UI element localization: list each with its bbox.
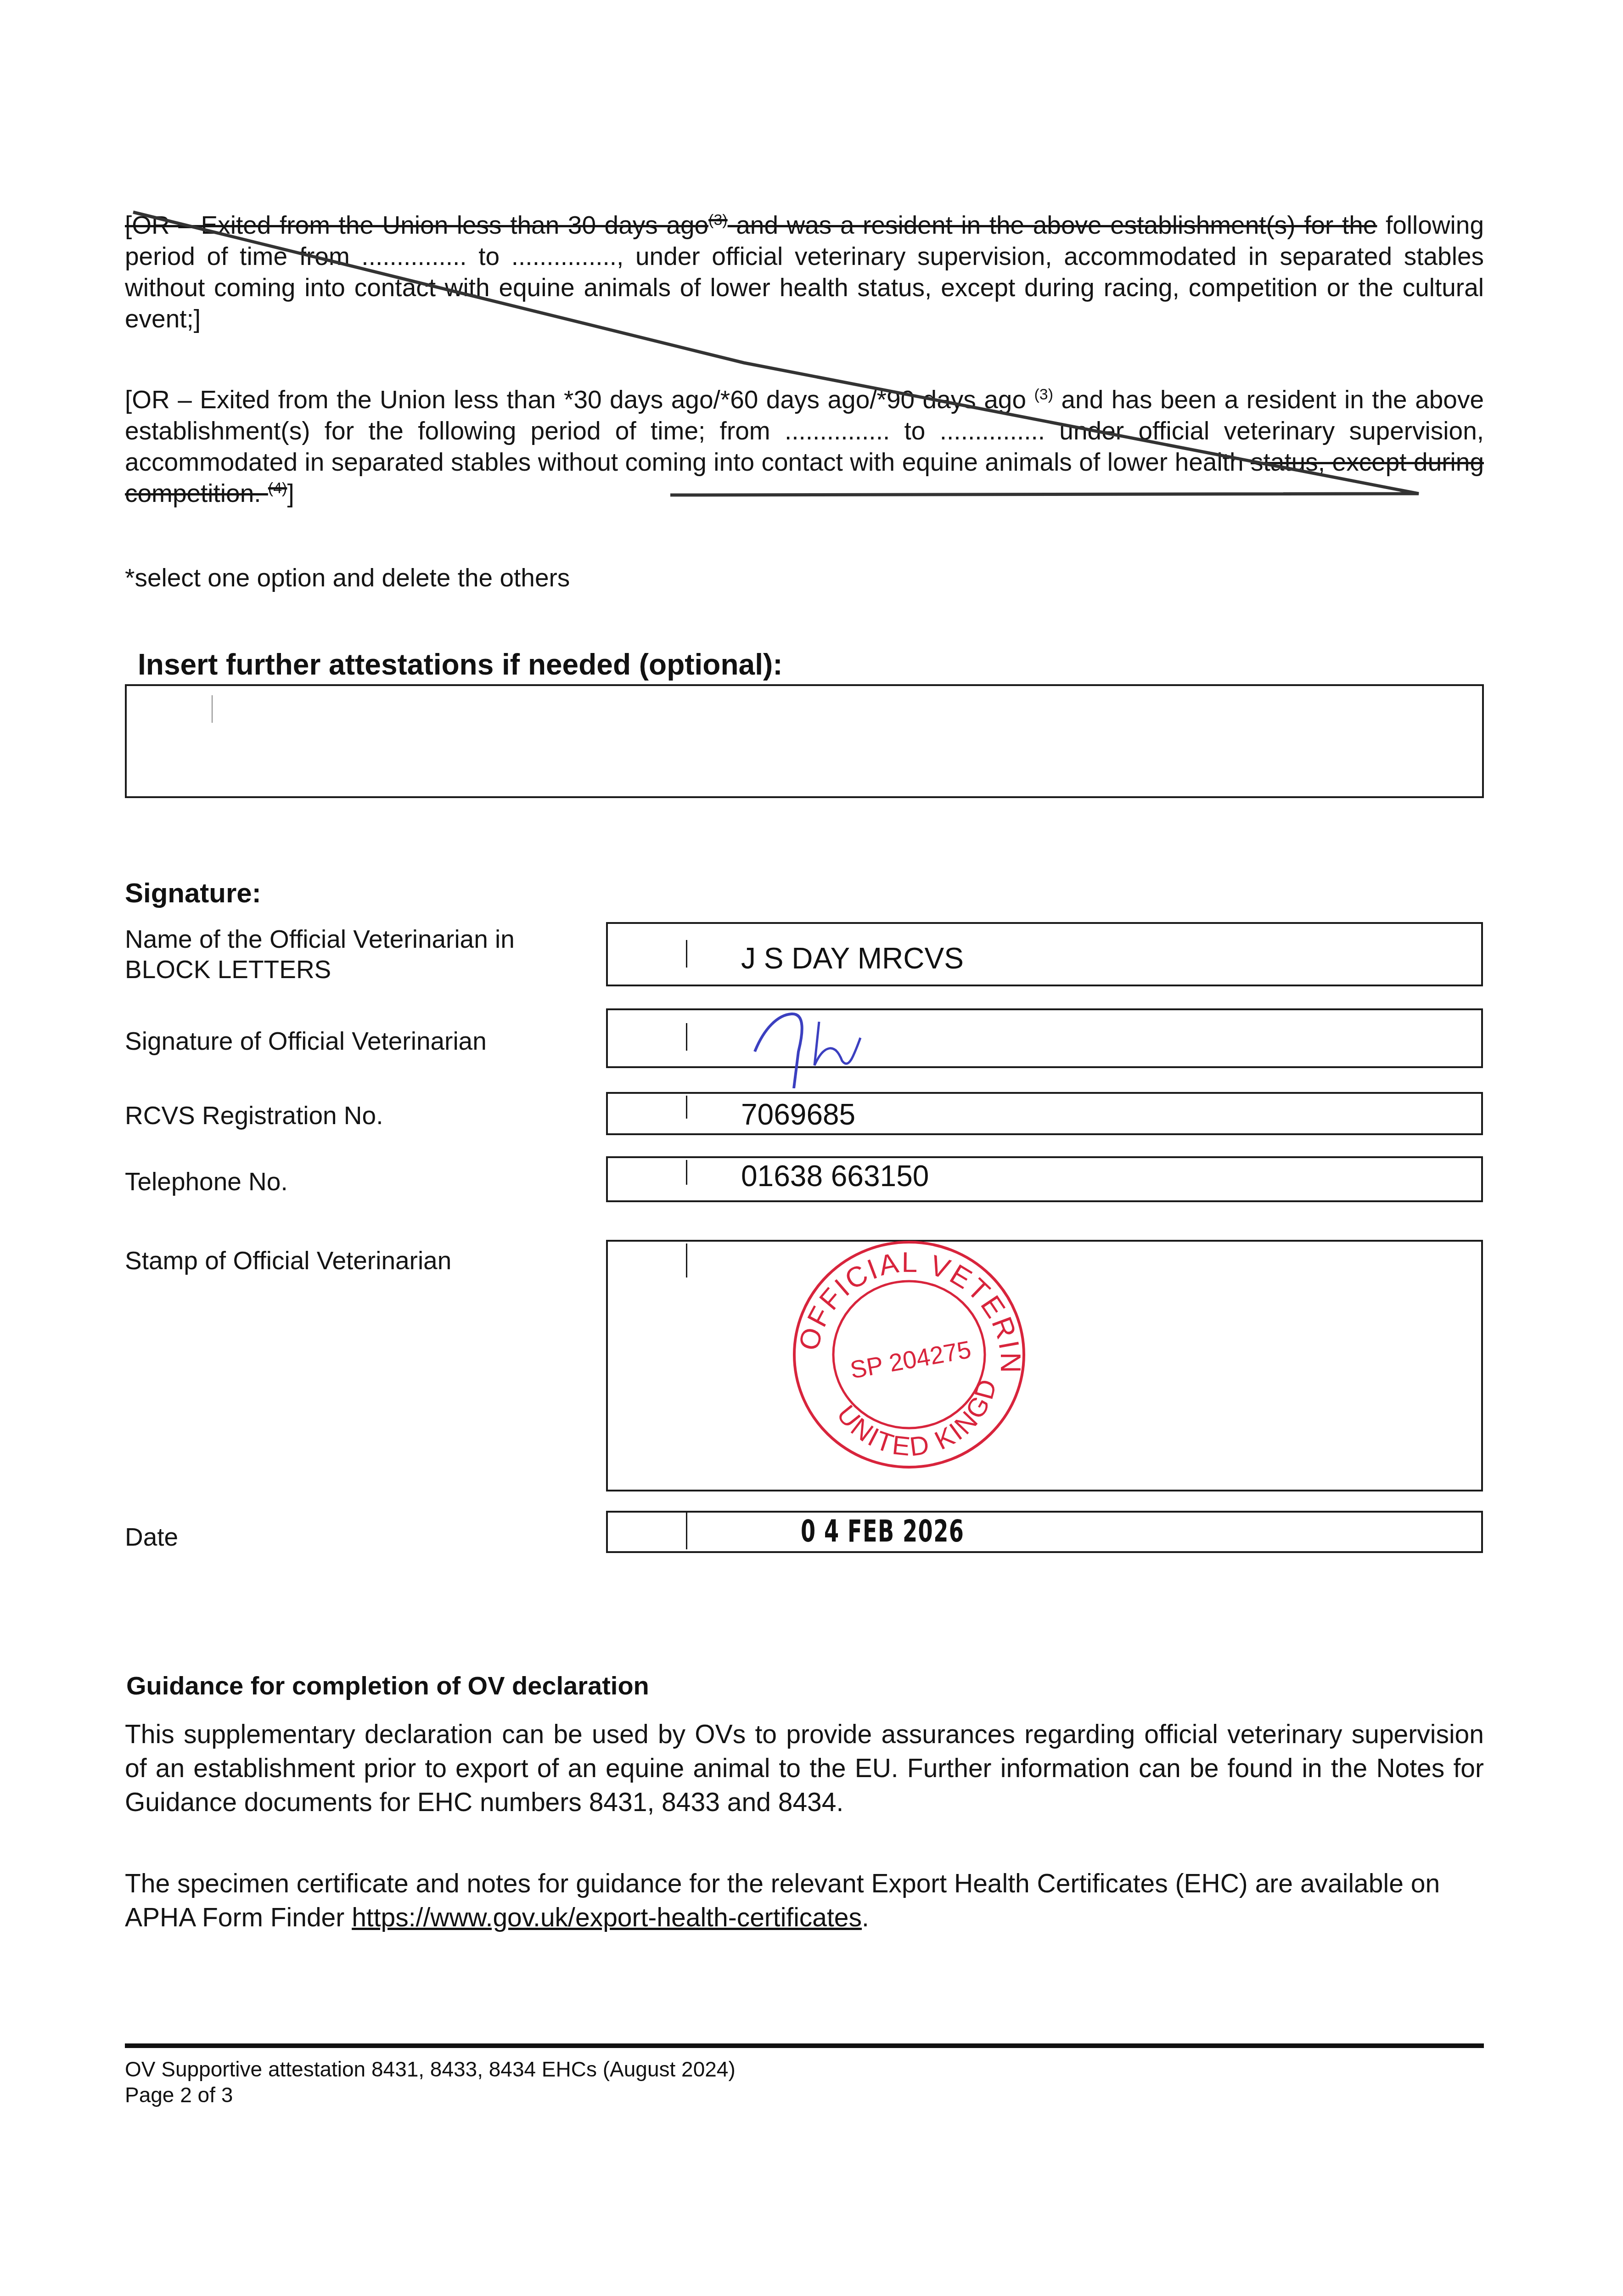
official-veterinarian-stamp-icon: OFFICIAL VETERINARIAN UNITED KINGDOM SP …	[781, 1231, 1038, 1474]
deletion-strike-lines	[0, 0, 1623, 514]
footer-divider	[125, 2043, 1484, 2048]
field-tick	[686, 940, 687, 968]
field-tick	[686, 1513, 687, 1549]
ov-name-label: Name of the Official Veterinarian in BLO…	[125, 924, 556, 985]
stamp-center-text: SP 204275	[848, 1336, 973, 1384]
footer-page-number: Page 2 of 3	[125, 2082, 233, 2108]
select-option-note: *select one option and delete the others	[125, 563, 570, 593]
guidance-paragraph-2: The specimen certificate and notes for g…	[125, 1867, 1484, 1935]
telephone-label: Telephone No.	[125, 1166, 288, 1197]
guidance-para2-suffix: .	[862, 1903, 869, 1932]
further-attestations-heading: Insert further attestations if needed (o…	[138, 647, 783, 681]
field-tick	[686, 1096, 687, 1119]
handwritten-signature-icon	[746, 996, 883, 1088]
date-label: Date	[125, 1522, 178, 1552]
ov-signature-field[interactable]	[606, 1008, 1483, 1068]
further-attestations-input[interactable]	[125, 684, 1484, 798]
stamp-field[interactable]	[606, 1240, 1483, 1491]
rcvs-label: RCVS Registration No.	[125, 1100, 383, 1131]
guidance-heading: Guidance for completion of OV declaratio…	[126, 1671, 649, 1700]
guidance-paragraph-1: This supplementary declaration can be us…	[125, 1717, 1484, 1819]
signature-heading: Signature:	[125, 877, 261, 909]
ov-signature-label: Signature of Official Veterinarian	[125, 1026, 487, 1056]
date-field[interactable]: 0 4 FEB 2026	[606, 1511, 1483, 1553]
field-tick	[686, 1244, 687, 1277]
rcvs-field[interactable]: 7069685	[606, 1092, 1483, 1135]
field-tick	[686, 1023, 687, 1051]
ov-name-field[interactable]: J S DAY MRCVS	[606, 922, 1483, 986]
document-page: [OR – Exited from the Union less than 30…	[0, 0, 1623, 2296]
rcvs-value: 7069685	[741, 1097, 855, 1131]
field-tick	[212, 695, 213, 723]
field-tick	[686, 1160, 687, 1185]
date-value: 0 4 FEB 2026	[801, 1514, 964, 1549]
ov-name-value: J S DAY MRCVS	[741, 941, 964, 975]
telephone-value: 01638 663150	[741, 1159, 929, 1193]
stamp-label: Stamp of Official Veterinarian	[125, 1245, 451, 1276]
footer-document-title: OV Supportive attestation 8431, 8433, 84…	[125, 2056, 736, 2082]
export-health-certificates-link[interactable]: https://www.gov.uk/export-health-certifi…	[352, 1903, 862, 1932]
telephone-field[interactable]: 01638 663150	[606, 1156, 1483, 1202]
